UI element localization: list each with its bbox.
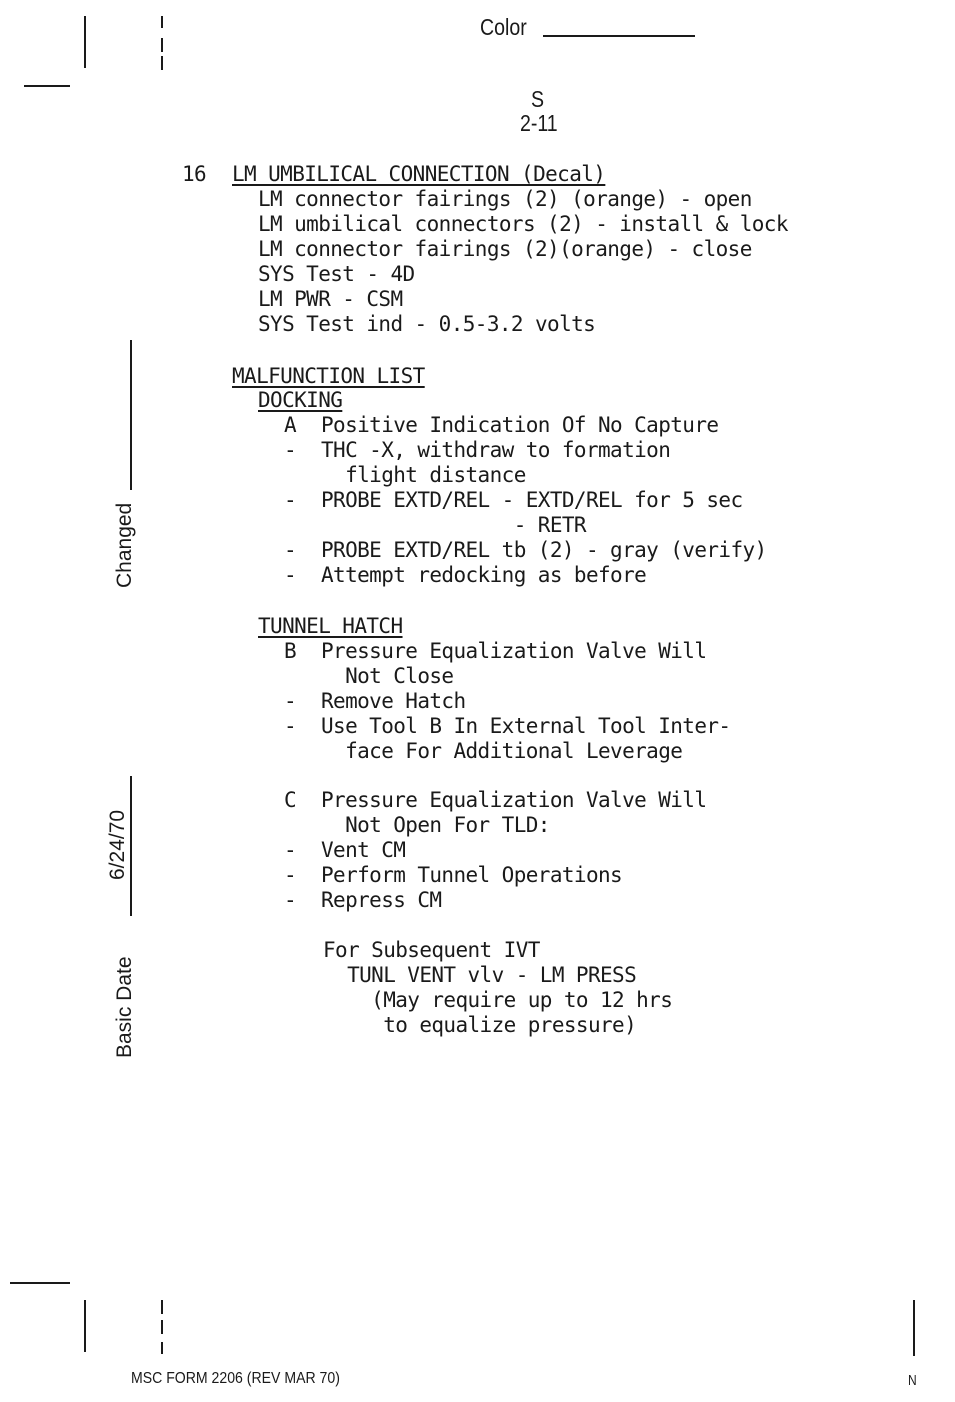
step-lines: LM connector fairings (2) (orange) - ope… xyxy=(258,187,788,337)
step-text: PROBE EXTD/REL - EXTD/REL for 5 sec xyxy=(321,488,743,513)
note-line: For Subsequent IVT xyxy=(323,938,672,963)
step-text: Vent CM xyxy=(321,838,405,863)
color-field: Color xyxy=(480,14,527,41)
section-letter: S xyxy=(531,86,544,113)
step-text: Remove Hatch xyxy=(321,689,466,714)
docking-step: flight distance xyxy=(284,463,767,488)
item-b-letter: B xyxy=(284,639,296,664)
registration-mark-top-dash-3 xyxy=(161,56,163,70)
malfunction-list-title: MALFUNCTION LIST xyxy=(232,364,425,389)
step-line: LM umbilical connectors (2) - install & … xyxy=(258,212,788,237)
docking-steps: -THC -X, withdraw to formation flight di… xyxy=(284,438,767,588)
changed-label: Changed xyxy=(113,503,137,588)
bullet: - xyxy=(284,689,321,714)
docking-step: -PROBE EXTD/REL - EXTD/REL for 5 sec xyxy=(284,488,767,513)
registration-mark-top-dash-2 xyxy=(161,38,163,52)
bullet xyxy=(284,513,321,538)
page-number: 2-11 xyxy=(520,110,558,137)
note-line: TUNL VENT vlv - LM PRESS xyxy=(323,963,672,988)
bullet: - xyxy=(284,888,321,913)
docking-heading: DOCKING xyxy=(258,388,342,413)
item-c-note: For Subsequent IVT TUNL VENT vlv - LM PR… xyxy=(323,938,672,1038)
basic-date-value: 6/24/70 xyxy=(106,810,130,880)
item-c-title-line: Pressure Equalization Valve Will xyxy=(321,788,706,813)
step-text: Use Tool B In External Tool Inter- xyxy=(321,714,730,739)
registration-mark-top-solid xyxy=(84,16,86,68)
bullet xyxy=(284,739,321,764)
basic-date-line xyxy=(130,776,132,916)
item-b-step: face For Additional Leverage xyxy=(284,739,730,764)
registration-mark-bottom-dash-2 xyxy=(161,1320,163,1334)
bullet xyxy=(284,463,321,488)
step-text: flight distance xyxy=(321,463,526,488)
bullet: - xyxy=(284,838,321,863)
item-b-title-line: Pressure Equalization Valve Will xyxy=(321,639,706,664)
item-c-title-line: Not Open For TLD: xyxy=(321,813,706,838)
step-line: SYS Test ind - 0.5-3.2 volts xyxy=(258,312,788,337)
docking-step: -Attempt redocking as before xyxy=(284,563,767,588)
bullet: - xyxy=(284,538,321,563)
docking-step: -PROBE EXTD/REL tb (2) - gray (verify) xyxy=(284,538,767,563)
step-title: LM UMBILICAL CONNECTION (Decal) xyxy=(232,162,605,187)
form-id: MSC FORM 2206 (REV MAR 70) xyxy=(131,1370,340,1388)
color-label: Color xyxy=(480,14,527,40)
docking-item-title: Positive Indication Of No Capture xyxy=(321,413,718,438)
bullet: - xyxy=(284,438,321,463)
item-b-title-line: Not Close xyxy=(321,664,706,689)
item-c-step: -Repress CM xyxy=(284,888,622,913)
docking-step: - RETR xyxy=(284,513,767,538)
docking-item-letter: A xyxy=(284,413,296,438)
item-b-title: Pressure Equalization Valve Will Not Clo… xyxy=(321,639,706,689)
registration-mark-bottom-solid xyxy=(84,1300,86,1352)
item-c-title: Pressure Equalization Valve Will Not Ope… xyxy=(321,788,706,838)
tunnel-hatch-heading: TUNNEL HATCH xyxy=(258,614,403,639)
bullet: - xyxy=(284,563,321,588)
note-line: (May require up to 12 hrs xyxy=(323,988,672,1013)
basic-date-label: Basic Date xyxy=(113,956,137,1058)
item-c-step: -Vent CM xyxy=(284,838,622,863)
item-c-step: -Perform Tunnel Operations xyxy=(284,863,622,888)
step-line: LM connector fairings (2)(orange) - clos… xyxy=(258,237,788,262)
bullet: - xyxy=(284,488,321,513)
item-c-letter: C xyxy=(284,788,296,813)
registration-mark-bottom-right xyxy=(913,1300,915,1356)
registration-mark-top-dash-1 xyxy=(161,16,163,28)
docking-step: -THC -X, withdraw to formation xyxy=(284,438,767,463)
item-b-steps: -Remove Hatch -Use Tool B In External To… xyxy=(284,689,730,764)
step-line: LM connector fairings (2) (orange) - ope… xyxy=(258,187,788,212)
step-text: THC -X, withdraw to formation xyxy=(321,438,670,463)
step-line: SYS Test - 4D xyxy=(258,262,788,287)
step-text: Attempt redocking as before xyxy=(321,563,646,588)
color-blank-line xyxy=(543,35,695,37)
bullet: - xyxy=(284,714,321,739)
step-number: 16 xyxy=(182,162,206,187)
step-text: Repress CM xyxy=(321,888,441,913)
changed-blank-line xyxy=(130,340,132,490)
item-b-step: -Use Tool B In External Tool Inter- xyxy=(284,714,730,739)
registration-mark-bottom-horizontal xyxy=(10,1282,70,1284)
registration-mark-bottom-dash-1 xyxy=(161,1300,163,1314)
item-b-step: -Remove Hatch xyxy=(284,689,730,714)
step-text: face For Additional Leverage xyxy=(321,739,682,764)
registration-mark-top-horizontal xyxy=(24,85,70,87)
step-text: - RETR xyxy=(321,513,586,538)
step-line: LM PWR - CSM xyxy=(258,287,788,312)
bullet: - xyxy=(284,863,321,888)
note-line: to equalize pressure) xyxy=(323,1013,672,1038)
step-text: PROBE EXTD/REL tb (2) - gray (verify) xyxy=(321,538,767,563)
step-text: Perform Tunnel Operations xyxy=(321,863,622,888)
corner-mark: N xyxy=(908,1372,917,1389)
registration-mark-bottom-dash-3 xyxy=(161,1342,163,1354)
item-c-steps: -Vent CM -Perform Tunnel Operations -Rep… xyxy=(284,838,622,913)
